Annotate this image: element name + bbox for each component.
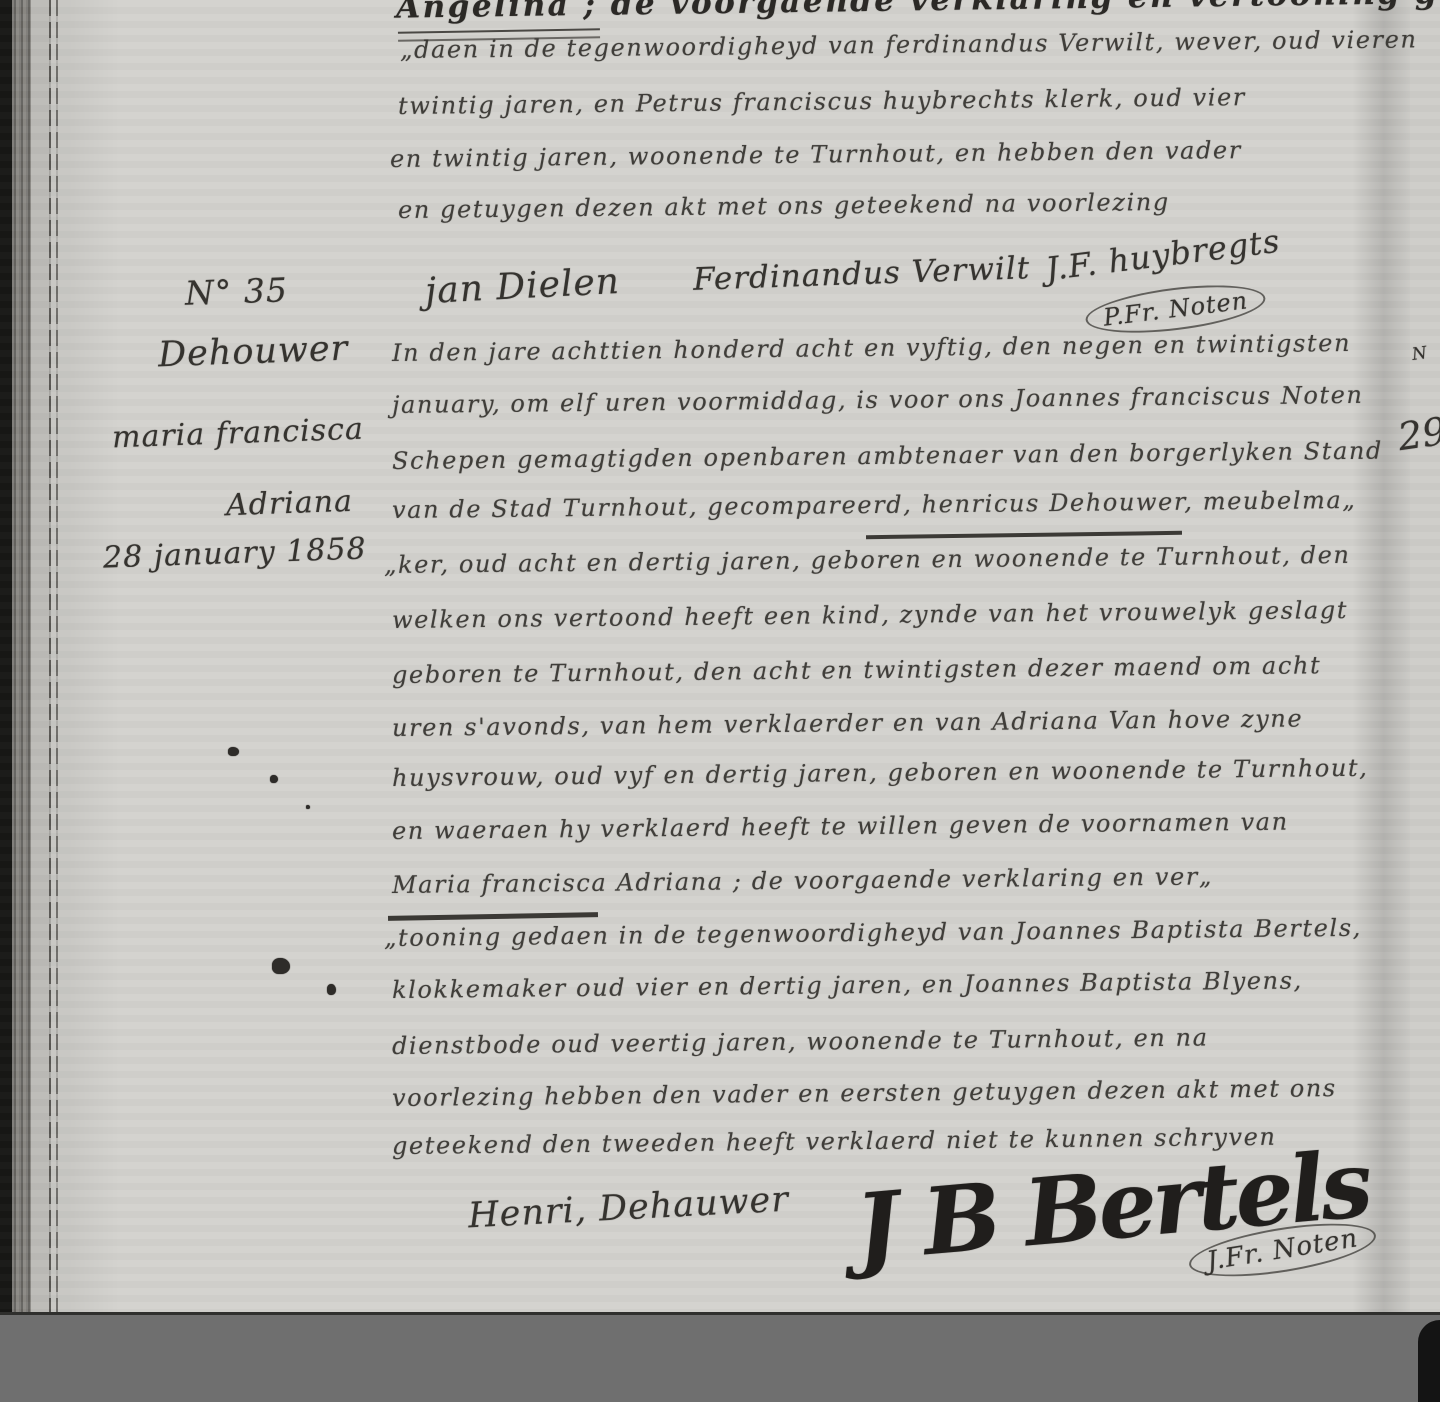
page-crease-line (49, 0, 51, 1312)
ink-spot (228, 747, 239, 756)
margin-act-number: N° 35 (184, 270, 288, 313)
previous-act-headline: Angelina ; de voorgaende verklaring en v… (396, 0, 1440, 26)
act-line: van de Stad Turnhout, gecompareerd, henr… (392, 486, 1357, 524)
act-line: geboren te Turnhout, den acht en twintig… (392, 651, 1322, 689)
margin-surname: Dehouwer (157, 329, 349, 376)
scanner-corner-shadow (1418, 1320, 1440, 1402)
act-line: Maria francisca Adriana ; de voorgaende … (392, 862, 1213, 899)
gutter-shadow (1352, 0, 1410, 1312)
act-line: dienstbode oud veertig jaren, woonende t… (392, 1023, 1209, 1060)
right-margin-page-number: 29 (1395, 409, 1440, 459)
act-line: en waeraen hy verklaerd heeft te willen … (392, 808, 1289, 845)
signature-jan-dielen: jan Dielen (424, 261, 621, 312)
signature-huybregts: J.F. huybregts (1044, 222, 1283, 288)
act-line: Schepen gemagtigden openbaren ambtenaer … (392, 437, 1383, 475)
ink-spot (270, 775, 278, 783)
act-line: uren s'avonds, van hem verklaerder en va… (392, 704, 1303, 742)
previous-act-line: twintig jaren, en Petrus franciscus huyb… (398, 83, 1246, 120)
page-margin-strip (31, 0, 50, 1312)
ink-spot (327, 984, 336, 995)
act-line: voorlezing hebben den vader en eersten g… (392, 1074, 1337, 1112)
act-line: klokkemaker oud vier en dertig jaren, en… (392, 966, 1303, 1004)
margin-given-names: Adriana (225, 484, 353, 523)
margin-given-names: maria francisca (111, 412, 364, 456)
ink-spot (306, 805, 310, 809)
previous-act-line: en twintig jaren, woonende te Turnhout, … (390, 136, 1242, 173)
book-binding-pages (12, 0, 31, 1402)
right-margin-mark: N (1411, 343, 1429, 365)
signature-ferdinandus-verwilt: Ferdinandus Verwilt (692, 250, 1030, 298)
act-line: january, om elf uren voormiddag, is voor… (392, 381, 1364, 419)
page-crease-line (56, 0, 58, 1312)
book-binding-edge (0, 0, 12, 1402)
underline-maria-francisca-adriana (388, 912, 598, 921)
act-line: „ker, oud acht en dertig jaren, geboren … (384, 541, 1351, 579)
act-line: „tooning gedaen in de tegenwoordigheyd v… (384, 914, 1362, 952)
signature-henri-dehouwer: Henri, Dehauwer (467, 1180, 790, 1237)
act-line: welken ons vertoond heeft een kind, zynd… (392, 596, 1348, 634)
underline-henricus-dehouwer (866, 531, 1182, 539)
act-line: huysvrouw, oud vyf en dertig jaren, gebo… (392, 754, 1369, 792)
act-line: In den jare achttien honderd acht en vyf… (392, 329, 1351, 367)
ink-spot (272, 958, 290, 974)
previous-act-line: en getuygen dezen akt met ons geteekend … (398, 188, 1170, 224)
document-scan: Angelina ; de voorgaende verklaring en v… (0, 0, 1440, 1402)
next-page-edge (1410, 0, 1440, 1312)
margin-date: 28 january 1858 (102, 531, 367, 575)
scanner-background (0, 1312, 1440, 1402)
